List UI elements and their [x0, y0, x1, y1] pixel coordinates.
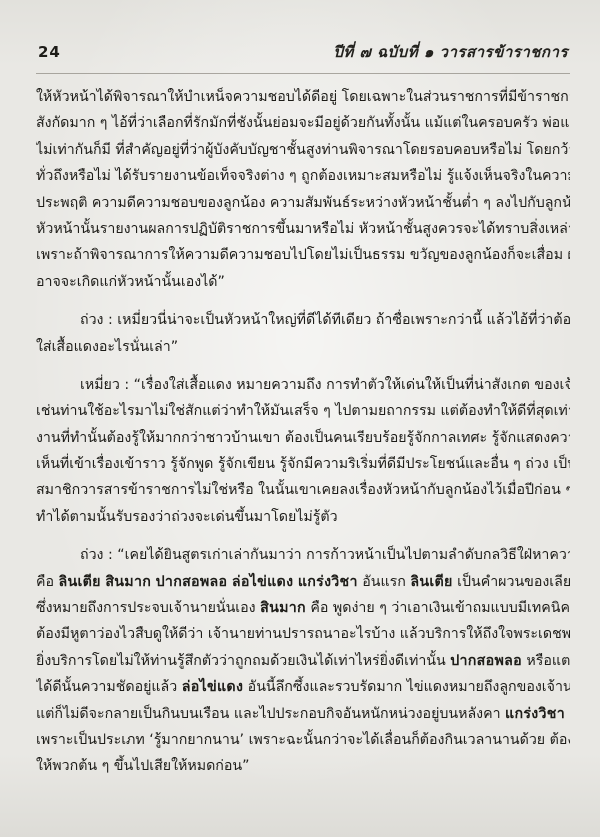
journal-header-title: ปีที่ ๗ ฉบับที่ ๑ วารสารข้าราชการ	[333, 40, 568, 64]
text-line: งานที่ทำนั้นต้องรู้ให้มากกว่าชาวบ้านเขา …	[36, 425, 570, 451]
scanned-journal-page: 24 ปีที่ ๗ ฉบับที่ ๑ วารสารข้าราชการ ให้…	[0, 0, 600, 837]
text-line: ให้พวกต้น ๆ ขึ้นไปเสียให้หมดก่อน”	[36, 753, 570, 779]
text-line: ยิ่งบริการโดยไม่ให้ท่านรู้สึกตัวว่าถูกถม…	[36, 648, 570, 674]
text-line: อาจจะเกิดแก่หัวหน้านั้นเองได้”	[36, 269, 570, 295]
text-line: สมาชิกวารสารข้าราชการไม่ใช่หรือ ในนั้นเข…	[36, 477, 570, 503]
text-line: ทำได้ตามนั้นรับรองว่าถ่วงจะเด่นขึ้นมาโดย…	[36, 504, 570, 530]
text-line: ถ่วง : “เคยได้ยินสูตรเก่าเล่ากันมาว่า กา…	[36, 542, 570, 568]
text-line: หัวหน้านั้นรายงานผลการปฏิบัติราชการขึ้นม…	[36, 216, 570, 242]
text-line: สังกัดมาก ๆ ไอ้ที่ว่าเลือกที่รักมักที่ชั…	[36, 110, 570, 136]
text-line: ประพฤติ ความดีความชอบของลูกน้อง ความสัมพ…	[36, 190, 570, 216]
text-line: ซึ่งหมายถึงการประจบเจ้านายนั่นเอง สินมาก…	[36, 595, 570, 621]
text-line: เห็นที่เข้าเรื่องเข้าราว รู้จักพูด รู้จั…	[36, 451, 570, 477]
text-line: ต้องมีหูตาว่องไวสืบดูให้ดีว่า เจ้านายท่า…	[36, 621, 570, 647]
paragraph-dialogue-thuang-2: ถ่วง : “เคยได้ยินสูตรเก่าเล่ากันมาว่า กา…	[36, 542, 570, 780]
text-line: เช่นท่านใช้อะไรมาไม่ใช่สักแต่ว่าทำให้มัน…	[36, 398, 570, 424]
text-line: เหมี่ยว : “เรื่องใส่เสื้อแดง หมายความถึง…	[36, 372, 570, 398]
text-line: เพราะถ้าพิจารณาการให้ความดีความชอบไปโดยไ…	[36, 242, 570, 268]
page-body-text: ให้หัวหน้าได้พิจารณาให้บำเหน็จความชอบได้…	[36, 84, 570, 780]
text-line: ทั่วถึงหรือไม่ ได้รับรายงานข้อเท็จจริงต่…	[36, 163, 570, 189]
text-line: ไม่เท่ากันก็มี ที่สำคัญอยู่ที่ว่าผู้บังค…	[36, 137, 570, 163]
paragraph-dialogue-thuang-1: ถ่วง : เหมี่ยวนี่น่าจะเป็นหัวหน้าใหญ่ที่…	[36, 307, 570, 360]
text-line: ให้หัวหน้าได้พิจารณาให้บำเหน็จความชอบได้…	[36, 84, 570, 110]
page-number: 24	[38, 43, 61, 61]
text-line: ใส่เสื้อแดงอะไรนั่นเล่า”	[36, 334, 570, 360]
text-line: แต่ก็ไม่ดีจะกลายเป็นกินบนเรือน และไปประก…	[36, 701, 570, 727]
page-header: 24 ปีที่ ๗ ฉบับที่ ๑ วารสารข้าราชการ	[36, 40, 570, 64]
text-line: ได้ดีนั้นความชัดอยู่แล้ว ล่อไข่แดง อันนี…	[36, 674, 570, 700]
paragraph-dialogue-miao: เหมี่ยว : “เรื่องใส่เสื้อแดง หมายความถึง…	[36, 372, 570, 530]
text-line: ถ่วง : เหมี่ยวนี่น่าจะเป็นหัวหน้าใหญ่ที่…	[36, 307, 570, 333]
text-line: คือ ลินเตีย สินมาก ปากสอพลอ ล่อไข่แดง แก…	[36, 569, 570, 595]
header-divider-line	[36, 73, 570, 74]
paragraph-continuation: ให้หัวหน้าได้พิจารณาให้บำเหน็จความชอบได้…	[36, 84, 570, 295]
text-line: เพราะเป็นประเภท ‘รู้มากยากนาน’ เพราะฉะนั…	[36, 727, 570, 753]
